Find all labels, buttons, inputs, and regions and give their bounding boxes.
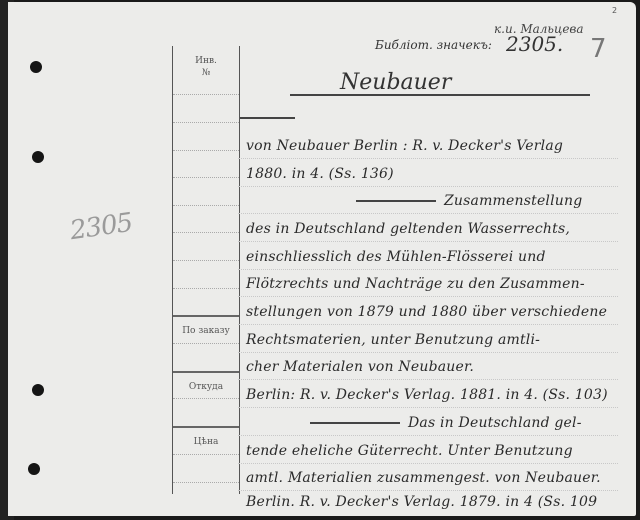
entry-line: Das in Deutschland gel-: [310, 415, 582, 431]
inv-label: Инв.: [173, 56, 239, 66]
entry-line: von Neubauer Berlin : R. v. Decker's Ver…: [246, 138, 563, 154]
entry-line: Rechtsmaterien, unter Benutzung amtli-: [246, 332, 540, 348]
punch-hole: [30, 61, 42, 73]
entry-line: 1880. in 4. (Ss. 136): [246, 166, 394, 182]
entry-line: Flötzrechts und Nachträge zu den Zusamme…: [246, 276, 585, 292]
price-label: Цѣна: [173, 437, 239, 447]
author-underline: [290, 94, 590, 96]
entry-line: des in Deutschland geltenden Wasserrecht…: [246, 221, 570, 237]
repeat-dash: [310, 422, 400, 424]
entry-text: Zusammenstellung: [444, 193, 582, 209]
entry-line: Berlin. R. v. Decker's Verlag. 1879. in …: [246, 494, 597, 510]
library-mark-label: Библіот. значекъ:: [375, 38, 492, 52]
entry-line: amtl. Materialien zusammengest. von Neub…: [246, 470, 601, 486]
punch-hole: [28, 463, 40, 475]
entry-line: cher Materialen von Neubauer.: [246, 359, 474, 375]
corner-number: 2: [612, 6, 617, 15]
entry-text: Das in Deutschland gel-: [408, 415, 582, 431]
sidebar-column: Инв. № По заказу Откуда Цѣна: [172, 46, 240, 494]
library-mark-number: 2305.: [506, 32, 563, 56]
from-label: Откуда: [173, 382, 239, 392]
order-label: По заказу: [173, 326, 239, 336]
inv-no-label: №: [173, 68, 239, 78]
entry-line: Zusammenstellung: [356, 193, 582, 209]
author-heading: Neubauer: [340, 70, 451, 95]
short-rule: [240, 117, 295, 119]
entry-line: einschliesslich des Mühlen-Flösserei und: [246, 249, 546, 265]
entry-line: Berlin: R. v. Decker's Verlag. 1881. in …: [246, 387, 608, 403]
entry-line: tende eheliche Güterrecht. Unter Benutzu…: [246, 443, 573, 459]
corner-mark: 7: [590, 34, 607, 64]
punch-hole: [32, 151, 44, 163]
entry-line: stellungen von 1879 und 1880 über versch…: [246, 304, 607, 320]
punch-hole: [32, 384, 44, 396]
repeat-dash: [356, 200, 436, 202]
